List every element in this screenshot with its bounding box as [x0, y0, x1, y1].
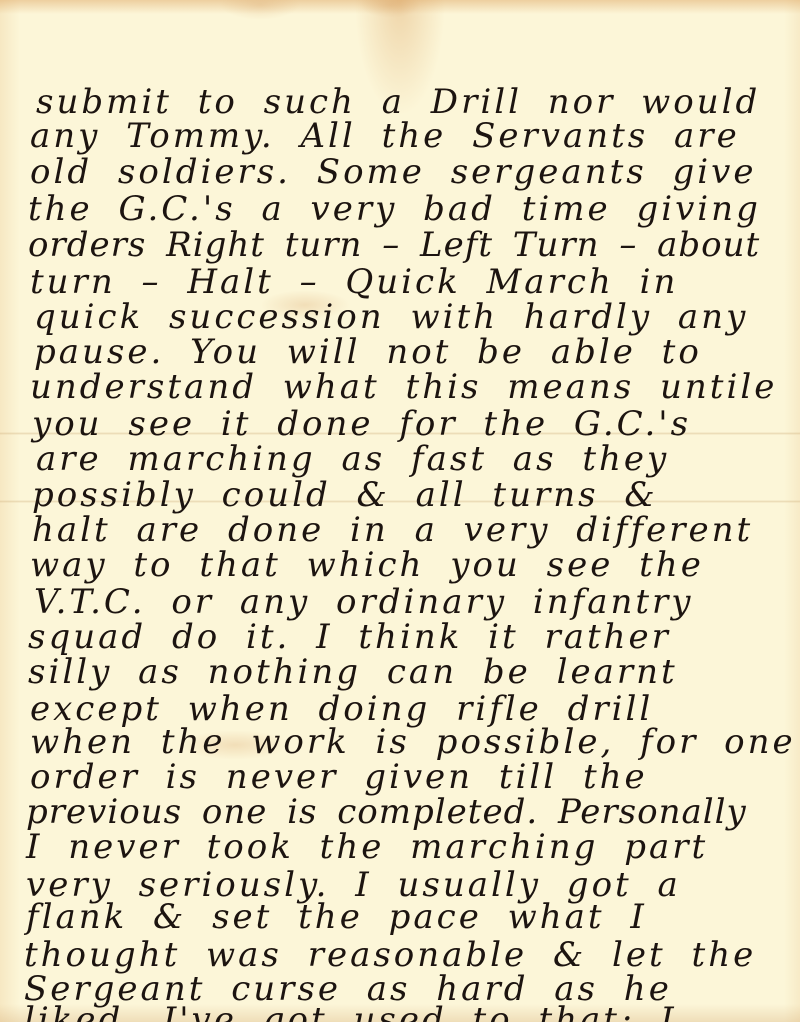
paper-stain — [220, 0, 300, 20]
letter-line: halt are done in a very different — [32, 513, 753, 547]
letter-line: order is never given till the — [30, 760, 648, 794]
letter-line: thought was reasonable & let the — [24, 938, 756, 972]
letter-line: previous one is completed. Personally — [26, 795, 747, 829]
letter-line: silly as nothing can be learnt — [28, 655, 678, 689]
letter-line: liked. I've got used to that; I — [24, 1003, 677, 1022]
letter-line: flank & set the pace what I — [26, 900, 647, 934]
letter-line: possibly could & all turns & — [32, 478, 658, 512]
letter-line: the G.C.'s a very bad time giving — [28, 192, 761, 226]
letter-line: understand what this means untile — [30, 370, 777, 404]
paper-stain — [360, 0, 420, 18]
letter-line: V.T.C. or any ordinary infantry — [34, 585, 693, 619]
letter-line: pause. You will not be able to — [34, 335, 702, 369]
letter-line: you see it done for the G.C.'s — [32, 407, 691, 441]
letter-line: way to that which you see the — [30, 548, 704, 582]
letter-line: orders Right turn – Left Turn – about — [28, 228, 760, 262]
letter-page: submit to such a Drill nor would any Tom… — [0, 0, 800, 1022]
letter-line: turn – Halt – Quick March in — [30, 265, 678, 299]
letter-line: except when doing rifle drill — [30, 692, 653, 726]
letter-line: any Tommy. All the Servants are — [30, 119, 740, 153]
letter-line: when the work is possible, for one — [30, 725, 796, 759]
letter-line: submit to such a Drill nor would — [36, 85, 760, 119]
letter-line: quick succession with hardly any — [34, 300, 748, 334]
letter-line: I never took the marching part — [26, 830, 708, 864]
letter-line: old soldiers. Some sergeants give — [30, 155, 756, 189]
letter-line: are marching as fast as they — [36, 442, 669, 476]
letter-line: squad do it. I think it rather — [28, 620, 671, 654]
